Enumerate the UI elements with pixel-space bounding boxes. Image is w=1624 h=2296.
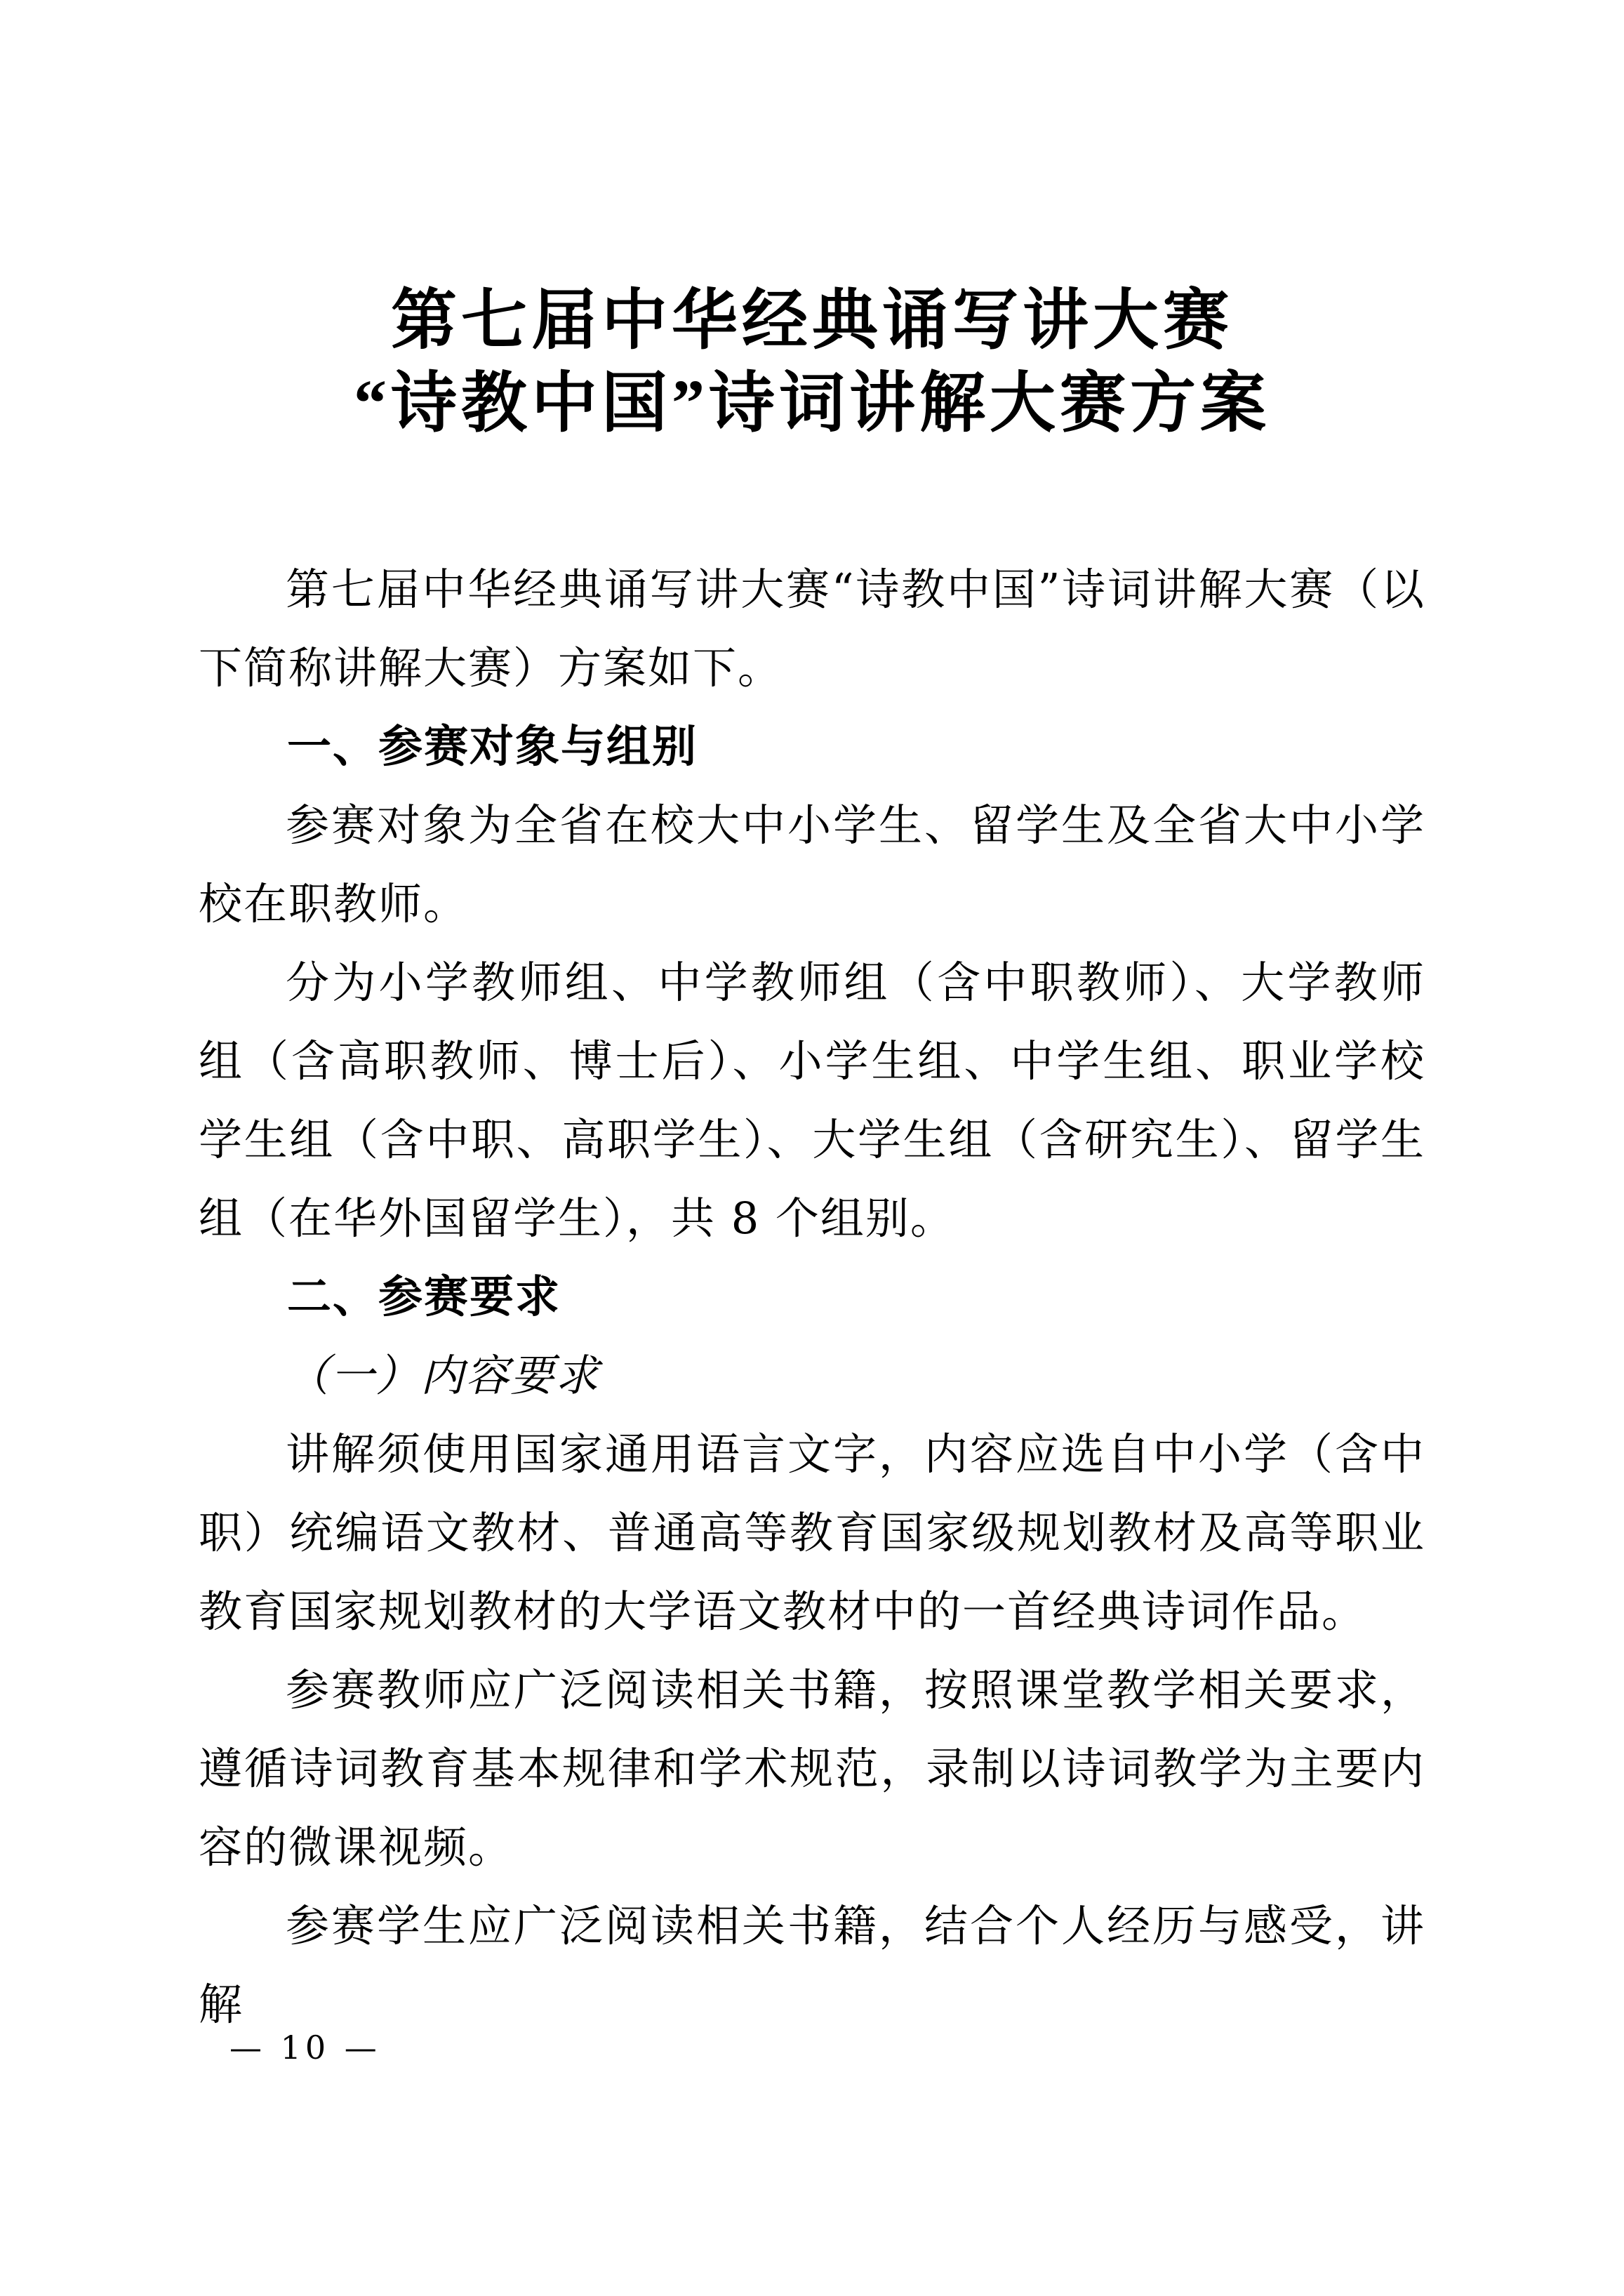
document-title-line-1: 第七届中华经典诵写讲大赛 [199, 279, 1425, 362]
section-heading-2: 二、参赛要求 [199, 1258, 1425, 1336]
subsection-heading-content-requirements: （一）内容要求 [199, 1336, 1425, 1415]
document-page: 第七届中华经典诵写讲大赛 “诗教中国”诗词讲解大赛方案 第七届中华经典诵写讲大赛… [0, 0, 1624, 2296]
content-requirements-paragraph: 讲解须使用国家通用语言文字，内容应选自中小学（含中职）统编语文教材、普通高等教育… [199, 1415, 1425, 1651]
teacher-requirements-paragraph: 参赛教师应广泛阅读相关书籍，按照课堂教学相关要求，遵循诗词教育基本规律和学术规范… [199, 1651, 1425, 1887]
groups-paragraph: 分为小学教师组、中学教师组（含中职教师）、大学教师组（含高职教师、博士后）、小学… [199, 943, 1425, 1258]
section-heading-1: 一、参赛对象与组别 [199, 708, 1425, 786]
student-requirements-paragraph: 参赛学生应广泛阅读相关书籍，结合个人经历与感受，讲解 [199, 1887, 1425, 2044]
document-title-line-2: “诗教中国”诗词讲解大赛方案 [199, 362, 1425, 445]
participants-paragraph: 参赛对象为全省在校大中小学生、留学生及全省大中小学校在职教师。 [199, 786, 1425, 943]
document-content: 第七届中华经典诵写讲大赛 “诗教中国”诗词讲解大赛方案 第七届中华经典诵写讲大赛… [199, 279, 1425, 2044]
intro-paragraph: 第七届中华经典诵写讲大赛“诗教中国”诗词讲解大赛（以下简称讲解大赛）方案如下。 [199, 550, 1425, 708]
document-title: 第七届中华经典诵写讲大赛 “诗教中国”诗词讲解大赛方案 [199, 279, 1425, 445]
page-number: — 10 — [229, 2029, 381, 2066]
